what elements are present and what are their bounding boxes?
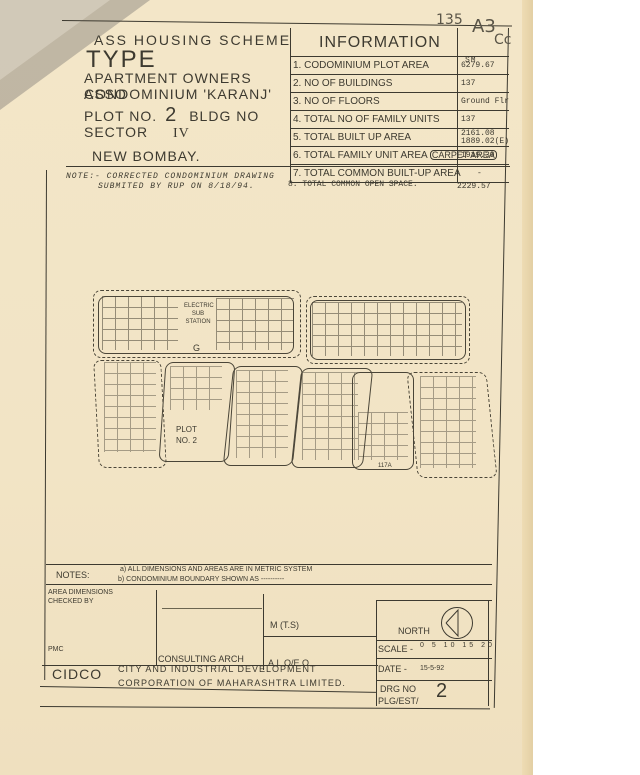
note-b: b) CONDOMINIUM BOUNDARY SHOWN AS -------… [118, 576, 284, 583]
open-space-label: 8. TOTAL COMMON OPEN SPACE. [288, 180, 418, 189]
project-header: ASS HOUSING SCHEME TYPE APARTMENT OWNERS… [66, 22, 292, 172]
condominium-line: CONDOMINIUM 'KARANJ' [84, 86, 272, 102]
unit-grid [170, 366, 222, 410]
correction-note-date: SUBMITED BY RUP ON 8/18/94. [98, 182, 255, 191]
open-space-value: 2229.57 [457, 182, 491, 191]
unit-grid [420, 376, 476, 468]
date-label: DATE - [378, 664, 407, 674]
info-row: 3. NO OF FLOORSGround Flr [291, 93, 509, 111]
corporation-line-2: CORPORATION OF MAHARASHTRA LIMITED. [118, 678, 346, 688]
info-row: 2. NO OF BUILDINGS137 [291, 75, 509, 93]
drg-label: DRG NO [380, 684, 416, 694]
information-title: INFORMATION SM [291, 28, 509, 57]
plot-2-label: PLOT NO. 2 [176, 424, 206, 446]
handwritten-number: 135 [436, 12, 463, 28]
consulting-arch-label: CONSULTING ARCH [158, 654, 244, 664]
unit-grid [312, 302, 462, 356]
corporation-line-1: CITY AND INDUSTRIAL DEVELOPMENT [118, 664, 317, 674]
info-row: 5. TOTAL BUILT UP AREA2161.081889.02(E) [291, 129, 509, 147]
plot-label: PLOT NO. [84, 108, 157, 124]
north-arrow-icon [441, 607, 473, 639]
date-value: 15-5-92 [420, 665, 444, 672]
notes-label: NOTES: [56, 570, 90, 580]
sector-value: IV [173, 126, 190, 141]
unit-grid [302, 372, 358, 460]
unit-grid [236, 370, 288, 458]
info-row: 4. TOTAL NO OF FAMILY UNITS137 [291, 111, 509, 129]
drg-number: 2 [436, 680, 447, 703]
correction-note: NOTE:- CORRECTED CONDOMINIUM DRAWING [66, 172, 275, 181]
sector-label: SECTOR [84, 124, 148, 140]
drg-ref: PLG/EST/ [378, 696, 419, 706]
north-label: NORTH [398, 626, 430, 636]
cidco-label: CIDCO [52, 666, 102, 682]
mts-label: M (T.S) [270, 620, 299, 630]
electric-substation-label: ELECTRIC SUB STATION [184, 302, 212, 326]
bldg-label: BLDG NO [189, 108, 259, 124]
unit-grid [358, 412, 408, 460]
unit-grid [104, 362, 156, 452]
scale-label: SCALE - [378, 644, 413, 654]
area-checked-label: AREA DIMENSIONS CHECKED BY [48, 588, 128, 606]
sector-line: SECTOR IV [84, 124, 190, 142]
signature [162, 600, 262, 609]
plot-number: 2 [165, 104, 177, 126]
pmc-label: PMC [48, 646, 64, 653]
info-row: 6. TOTAL FAMILY UNIT AREA CARPET AREA191… [291, 147, 509, 165]
scale-ticks: 0 5 10 15 20 [420, 642, 495, 649]
border-left [44, 170, 47, 680]
g-label: G [193, 343, 200, 353]
info-row: 1. CODOMINIUM PLOT AREA6279.67 [291, 57, 509, 75]
note-a: a) ALL DIMENSIONS AND AREAS ARE IN METRI… [120, 566, 312, 573]
information-table: INFORMATION SM 1. CODOMINIUM PLOT AREA62… [290, 28, 509, 183]
unit-117a-label: 117A [378, 463, 392, 469]
unit-grid [216, 298, 294, 350]
city-label: NEW BOMBAY. [92, 148, 201, 164]
drawing-sheet: 135 A3 Cc ASS HOUSING SCHEME TYPE APARTM… [0, 0, 533, 775]
unit-grid [102, 296, 178, 350]
paper-edge [522, 0, 533, 775]
